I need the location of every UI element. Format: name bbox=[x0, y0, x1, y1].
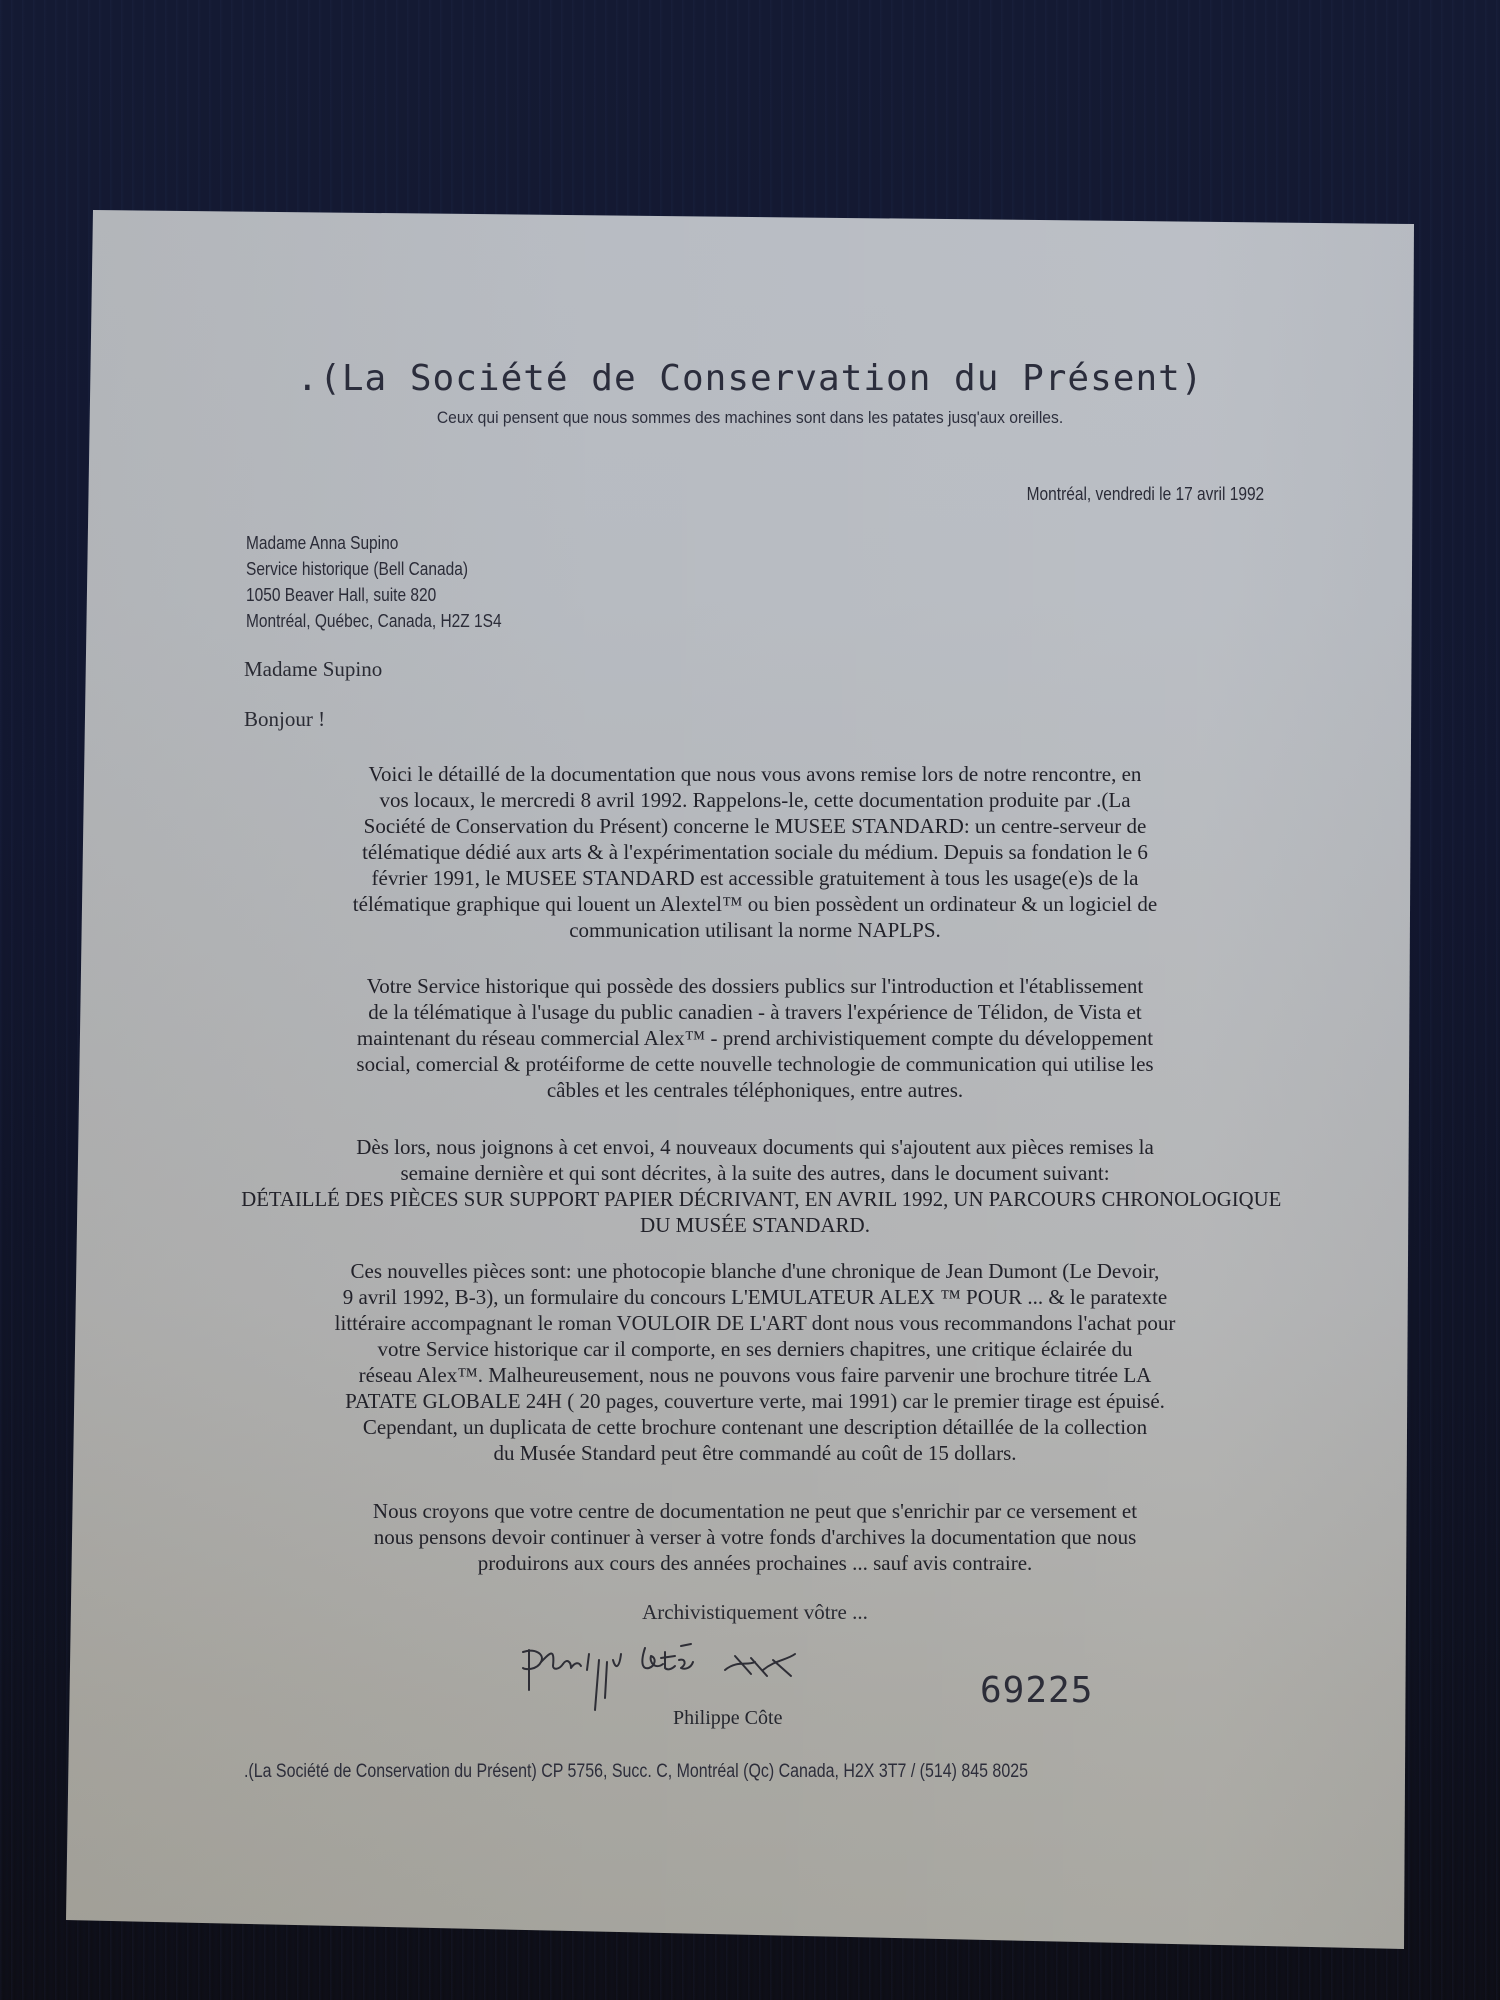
paragraph-line: février 1991, le MUSEE STANDARD est acce… bbox=[235, 865, 1275, 891]
letter-content: .(La Société de Conservation du Présent)… bbox=[0, 0, 1500, 2000]
paragraph-line: de la télématique à l'usage du public ca… bbox=[235, 999, 1275, 1025]
paragraph-line: réseau Alex™. Malheureusement, nous ne p… bbox=[235, 1362, 1275, 1388]
signer-name: Philippe Côte bbox=[673, 1707, 782, 1730]
paragraph-line: Ces nouvelles pièces sont: une photocopi… bbox=[235, 1258, 1275, 1284]
recipient-name: Madame Anna Supino bbox=[246, 530, 502, 556]
paragraph-line: DÉTAILLÉ DES PIÈCES SUR SUPPORT PAPIER D… bbox=[241, 1186, 1269, 1212]
paragraph-line: maintenant du réseau commercial Alex™ - … bbox=[235, 1025, 1275, 1051]
salutation: Madame Supino bbox=[244, 657, 382, 682]
footer-address: .(La Société de Conservation du Présent)… bbox=[244, 1761, 1028, 1783]
paragraph-line: télématique dédié aux arts & à l'expérim… bbox=[235, 839, 1275, 865]
paragraph-line: votre Service historique car il comporte… bbox=[235, 1336, 1275, 1362]
recipient-street: 1050 Beaver Hall, suite 820 bbox=[246, 582, 502, 608]
paragraph-line: télématique graphique qui louent un Alex… bbox=[235, 891, 1275, 917]
date-line: Montréal, vendredi le 17 avril 1992 bbox=[1026, 484, 1264, 505]
closing-line: Archivistiquement vôtre ... bbox=[235, 1600, 1275, 1625]
body-paragraph-4: Ces nouvelles pièces sont: une photocopi… bbox=[235, 1258, 1275, 1466]
paragraph-line: Votre Service historique qui possède des… bbox=[235, 973, 1275, 999]
body-paragraph-3: Dès lors, nous joignons à cet envoi, 4 n… bbox=[235, 1134, 1275, 1238]
body-paragraph-1: Voici le détaillé de la documentation qu… bbox=[235, 761, 1275, 943]
paragraph-line: câbles et les centrales téléphoniques, e… bbox=[235, 1077, 1275, 1103]
paragraph-line: Dès lors, nous joignons à cet envoi, 4 n… bbox=[235, 1134, 1275, 1160]
stamp-number: 69225 bbox=[980, 1670, 1093, 1711]
paragraph-line: nous pensons devoir continuer à verser à… bbox=[235, 1524, 1275, 1550]
paragraph-line: Cependant, un duplicata de cette brochur… bbox=[235, 1414, 1275, 1440]
recipient-city: Montréal, Québec, Canada, H2Z 1S4 bbox=[246, 608, 502, 634]
paragraph-line: Nous croyons que votre centre de documen… bbox=[235, 1498, 1275, 1524]
recipient-address: Madame Anna Supino Service historique (B… bbox=[246, 530, 502, 634]
letterhead-tagline: Ceux qui pensent que nous sommes des mac… bbox=[281, 408, 1219, 428]
paragraph-line: communication utilisant la norme NAPLPS. bbox=[235, 917, 1275, 943]
paragraph-line: vos locaux, le mercredi 8 avril 1992. Ra… bbox=[235, 787, 1275, 813]
letterhead-title: .(La Société de Conservation du Présent) bbox=[240, 358, 1260, 399]
paragraph-line: 9 avril 1992, B-3), un formulaire du con… bbox=[235, 1284, 1275, 1310]
greeting: Bonjour ! bbox=[244, 707, 325, 732]
paragraph-line: Voici le détaillé de la documentation qu… bbox=[235, 761, 1275, 787]
paragraph-line: social, comercial & protéiforme de cette… bbox=[235, 1051, 1275, 1077]
paragraph-line: DU MUSÉE STANDARD. bbox=[235, 1212, 1275, 1238]
paragraph-line: semaine dernière et qui sont décrites, à… bbox=[235, 1160, 1275, 1186]
paragraph-line: du Musée Standard peut être commandé au … bbox=[235, 1440, 1275, 1466]
paragraph-line: Société de Conservation du Présent) conc… bbox=[235, 813, 1275, 839]
paragraph-line: PATATE GLOBALE 24H ( 20 pages, couvertur… bbox=[235, 1388, 1275, 1414]
body-paragraph-5: Nous croyons que votre centre de documen… bbox=[235, 1498, 1275, 1576]
recipient-department: Service historique (Bell Canada) bbox=[246, 556, 502, 582]
paragraph-line: produirons aux cours des années prochain… bbox=[235, 1550, 1275, 1576]
body-paragraph-2: Votre Service historique qui possède des… bbox=[235, 973, 1275, 1103]
paragraph-line: littéraire accompagnant le roman VOULOIR… bbox=[235, 1310, 1275, 1336]
